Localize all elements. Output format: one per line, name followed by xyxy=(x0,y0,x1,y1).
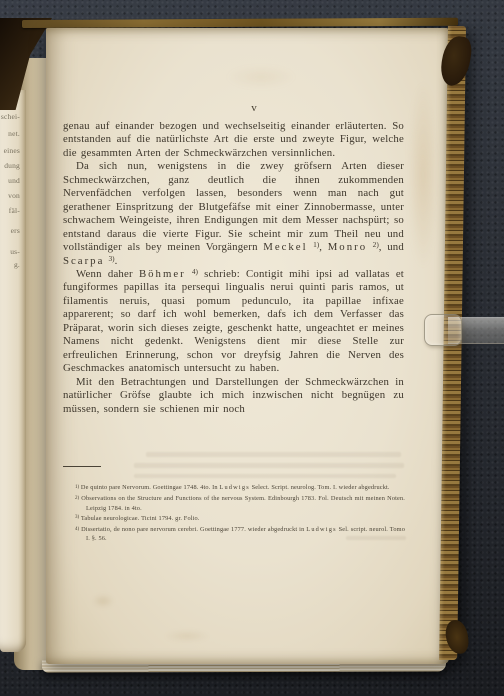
text-run: genau auf einander bezogen und wechselse… xyxy=(63,120,404,159)
text-run: Meckel xyxy=(263,241,307,253)
facing-page-fragments: schei-net.einesdungundvonfäl-ersus-g. xyxy=(0,20,20,666)
text-run: , xyxy=(319,241,327,253)
text-run: Ludwigs xyxy=(306,526,336,533)
text-run xyxy=(186,268,192,280)
footnote-marker: 2) xyxy=(75,496,79,501)
page-stain xyxy=(92,594,114,608)
text-run: Monro xyxy=(328,241,367,253)
page-stain xyxy=(164,630,210,642)
facing-page-fragment: eines xyxy=(0,146,20,155)
text-run: . xyxy=(115,255,118,267)
page-stain xyxy=(408,80,438,270)
facing-page-fragment: us- xyxy=(0,247,20,256)
footnote: 4) Dissertatio, de nono pare nervorum ce… xyxy=(75,526,405,544)
book: schei-net.einesdungundvonfäl-ersus-g. v … xyxy=(8,20,466,666)
facing-page-fragment: ers xyxy=(0,226,20,235)
page-holder-clip xyxy=(424,314,462,346)
text-run: Dissertatio, de nono pare nervorum cereb… xyxy=(79,526,306,533)
footnote-marker: 4) xyxy=(75,527,79,532)
text-run: Scarpa xyxy=(63,255,104,267)
text-run: De quinto pare Nervorum. Goettingae 1748… xyxy=(79,484,219,491)
page-stain xyxy=(226,66,296,88)
footnote-rule xyxy=(63,466,101,467)
facing-page-fragment: von xyxy=(0,191,20,200)
text-run: Observations on the Structure and Functi… xyxy=(79,495,405,511)
facing-page-fragment: g. xyxy=(0,260,20,269)
ink-bleedthrough xyxy=(146,452,401,457)
footnote: 3) Tabulae neurologicae. Ticini 1794. gr… xyxy=(75,515,405,524)
paragraph: Da sich nun, wenigstens in die zwey gröf… xyxy=(63,160,404,268)
text-run: Da sich nun, wenigstens in die zwey gröf… xyxy=(63,160,404,253)
facing-page-fragment: net. xyxy=(0,129,20,138)
text-run: schrieb: Contigit mihi ipsi ad vallatas … xyxy=(63,268,404,374)
footnotes: 1) De quinto pare Nervorum. Goettingae 1… xyxy=(75,484,405,546)
footnote: 1) De quinto pare Nervorum. Goettingae 1… xyxy=(75,484,405,493)
gilt-top-edge xyxy=(22,18,458,28)
text-run: Ludwigs xyxy=(219,484,249,491)
ink-bleedthrough xyxy=(134,474,396,478)
text-run: Mit den Betrachtungen und Darstellungen … xyxy=(63,376,404,415)
text-run: Select. Script. neurolog. Tom. I. wieder… xyxy=(250,484,390,491)
page-number: v xyxy=(242,102,266,114)
paragraph: genau auf einander bezogen und wechselse… xyxy=(63,120,404,160)
facing-page-fragment: und xyxy=(0,176,20,185)
paragraph: Mit den Betrachtungen und Darstellungen … xyxy=(63,376,404,416)
footnote-marker: 3) xyxy=(75,515,79,520)
text-run: Tabulae neurologicae. Ticini 1794. gr. F… xyxy=(79,515,199,522)
facing-page-fragment: dung xyxy=(0,161,20,170)
text-run: Böhmer xyxy=(139,268,186,280)
text-run xyxy=(104,255,108,267)
text-run: , und xyxy=(379,241,404,253)
footnote-marker: 4) xyxy=(192,267,198,276)
footnote-marker: 3) xyxy=(109,254,115,263)
paragraph: Wenn daher Böhmer 4) schrieb: Contigit m… xyxy=(63,268,404,376)
facing-page-fragment: schei- xyxy=(0,112,20,121)
text-run xyxy=(367,241,373,253)
facing-page-fragment: fäl- xyxy=(0,206,20,215)
footnote: 2) Observations on the Structure and Fun… xyxy=(75,495,405,513)
footnote-marker: 1) xyxy=(313,240,319,249)
text-run: Wenn daher xyxy=(76,268,139,280)
main-page: v genau auf einander bezogen und wechsel… xyxy=(46,28,449,664)
footnote-marker: 1) xyxy=(75,485,79,490)
ink-bleedthrough xyxy=(134,463,404,468)
body-text: genau auf einander bezogen und wechselse… xyxy=(63,120,404,416)
footnote-marker: 2) xyxy=(373,240,379,249)
